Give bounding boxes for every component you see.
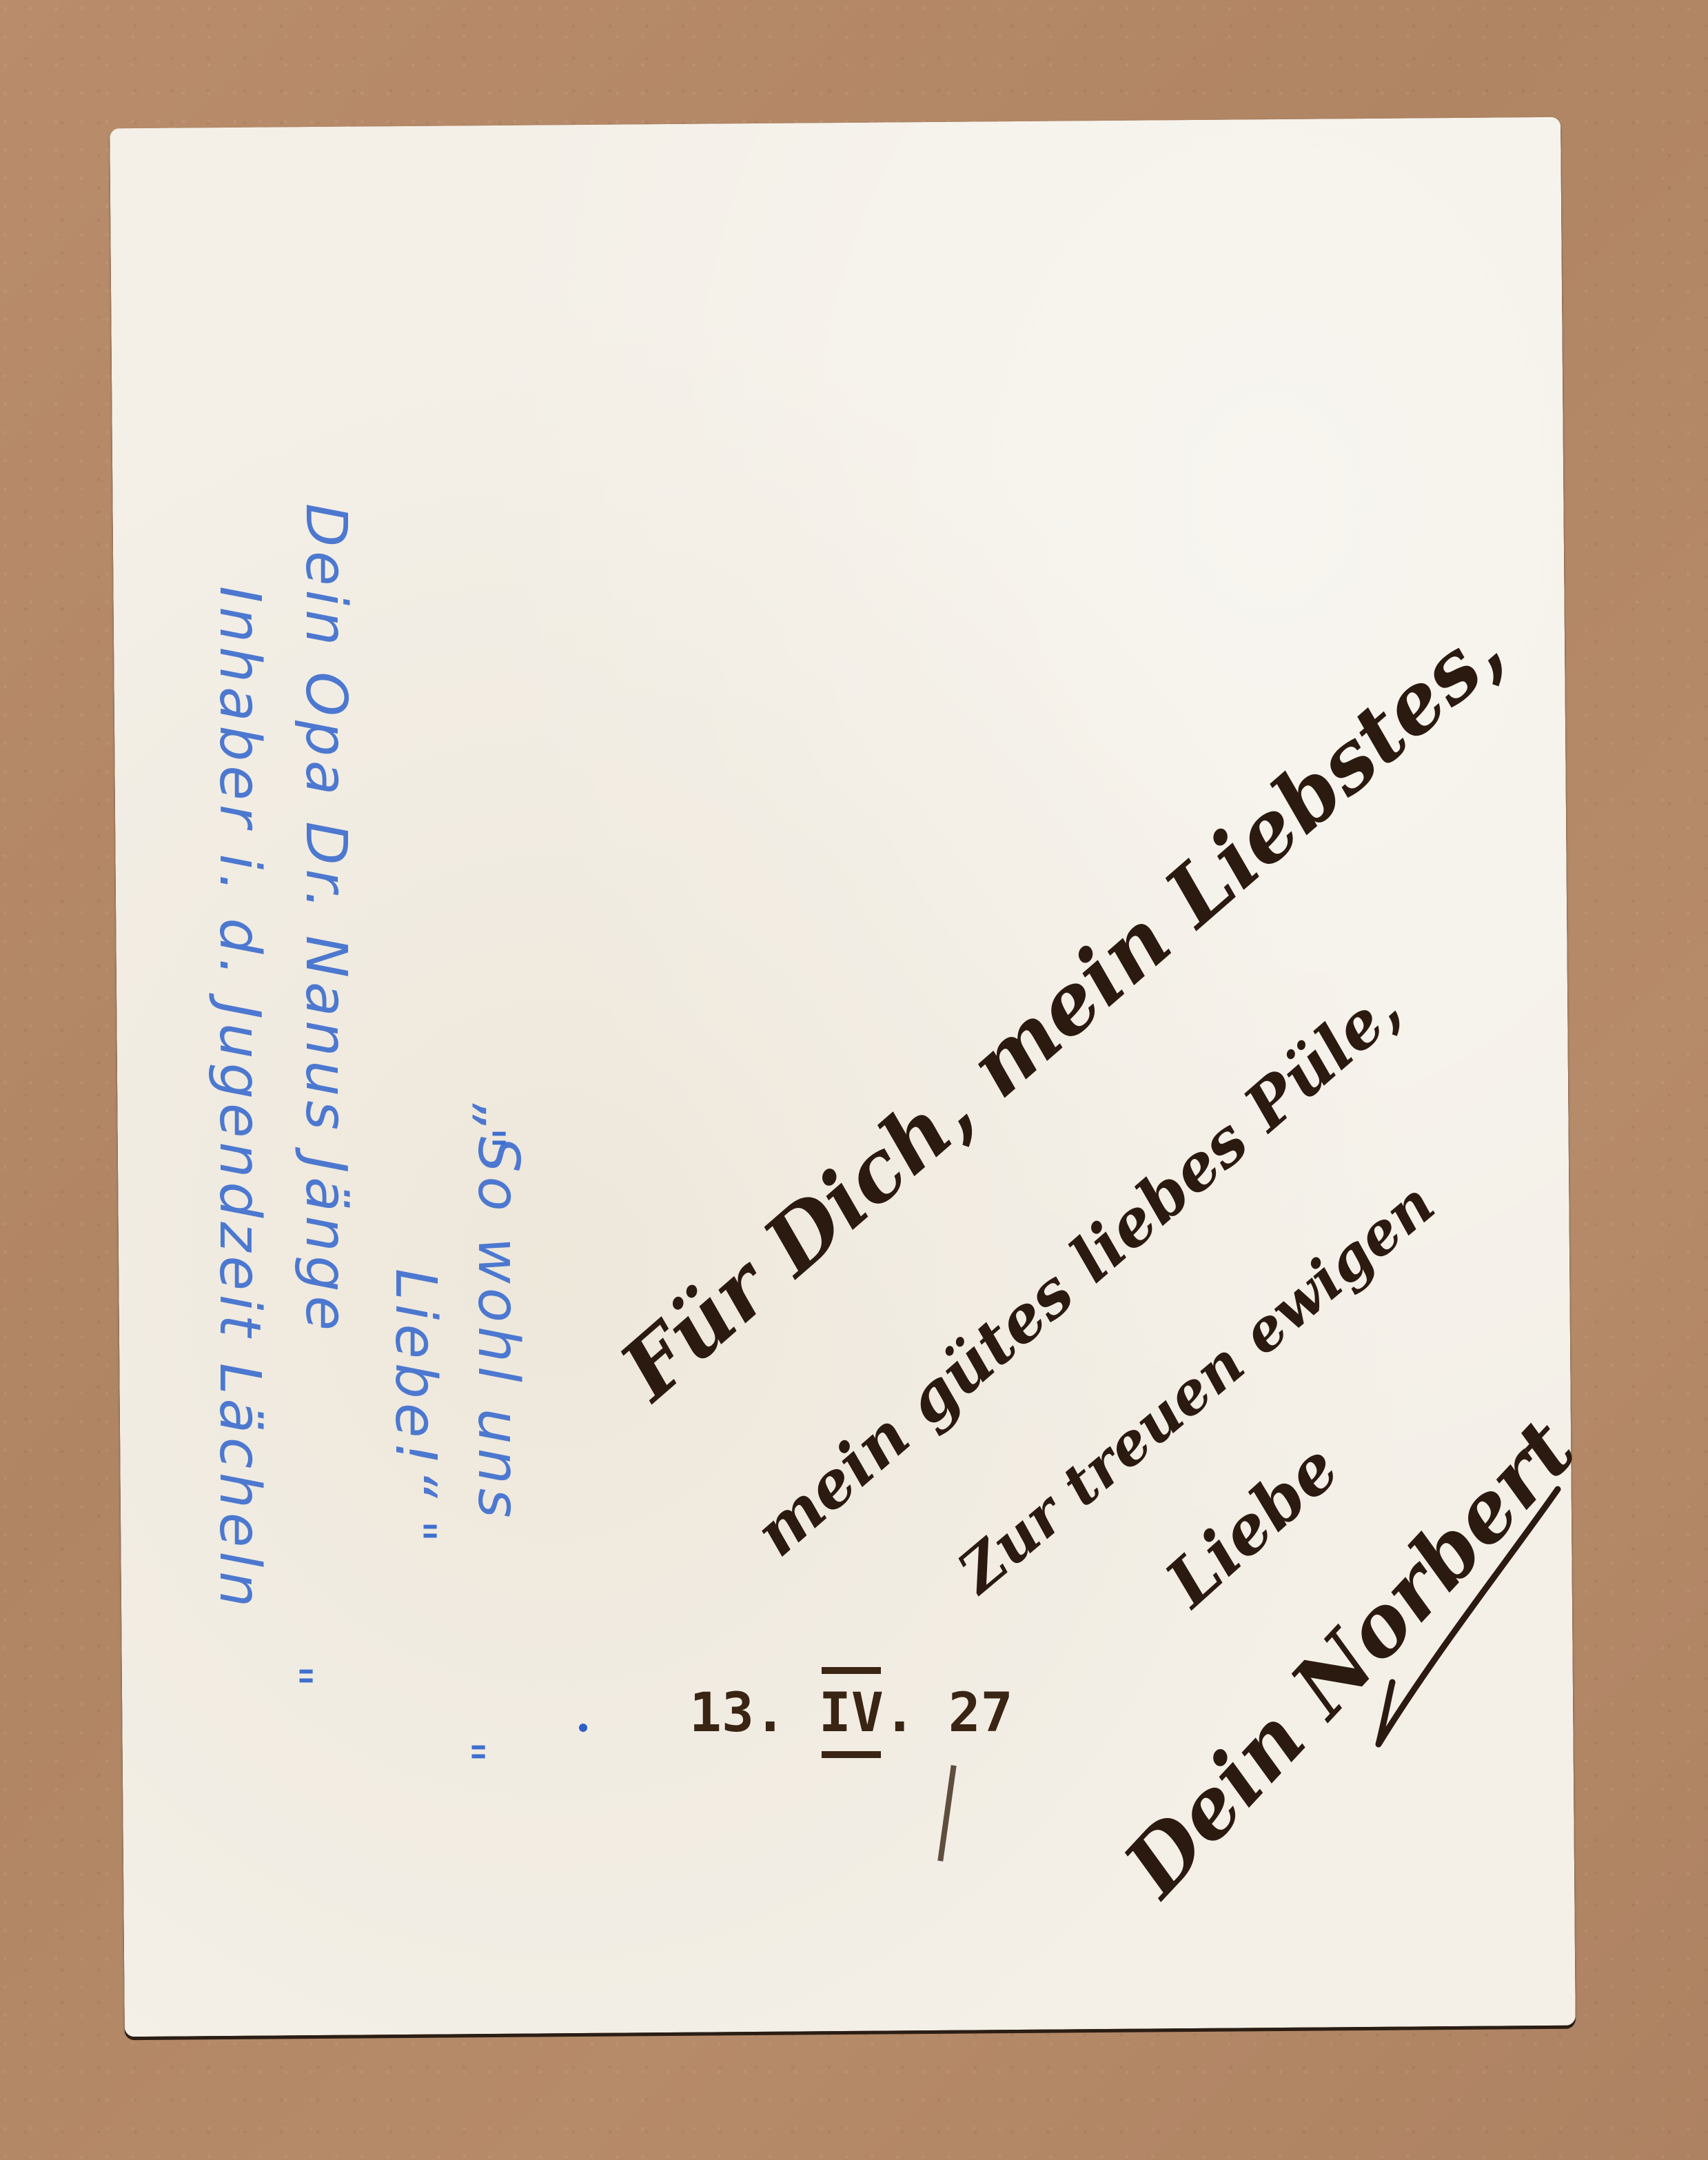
blue-note-line-4: Liebe!“ (383, 1269, 448, 1502)
ink-dot (579, 1724, 587, 1732)
date-day: 13. (689, 1682, 786, 1744)
signature-flourish-icon (1351, 1475, 1599, 1765)
date-stamp: 13. IV. 27 (689, 1682, 1013, 1744)
quote-mark: " (438, 1741, 494, 1763)
blue-note-line-1: Dein Opa Dr. Nanus Jänge (293, 503, 358, 1335)
date-month-roman: IV (819, 1682, 884, 1744)
blue-note-line-3: „So wohl uns (465, 1103, 531, 1522)
quote-mark: " (265, 1665, 322, 1687)
date-year: . 27 (884, 1682, 1013, 1744)
quote-mark: " (458, 1127, 515, 1149)
blue-note-line-2: Inhaber i. d. Jugendzeit Lächeln (207, 586, 272, 1611)
quote-mark: " (389, 1520, 446, 1542)
